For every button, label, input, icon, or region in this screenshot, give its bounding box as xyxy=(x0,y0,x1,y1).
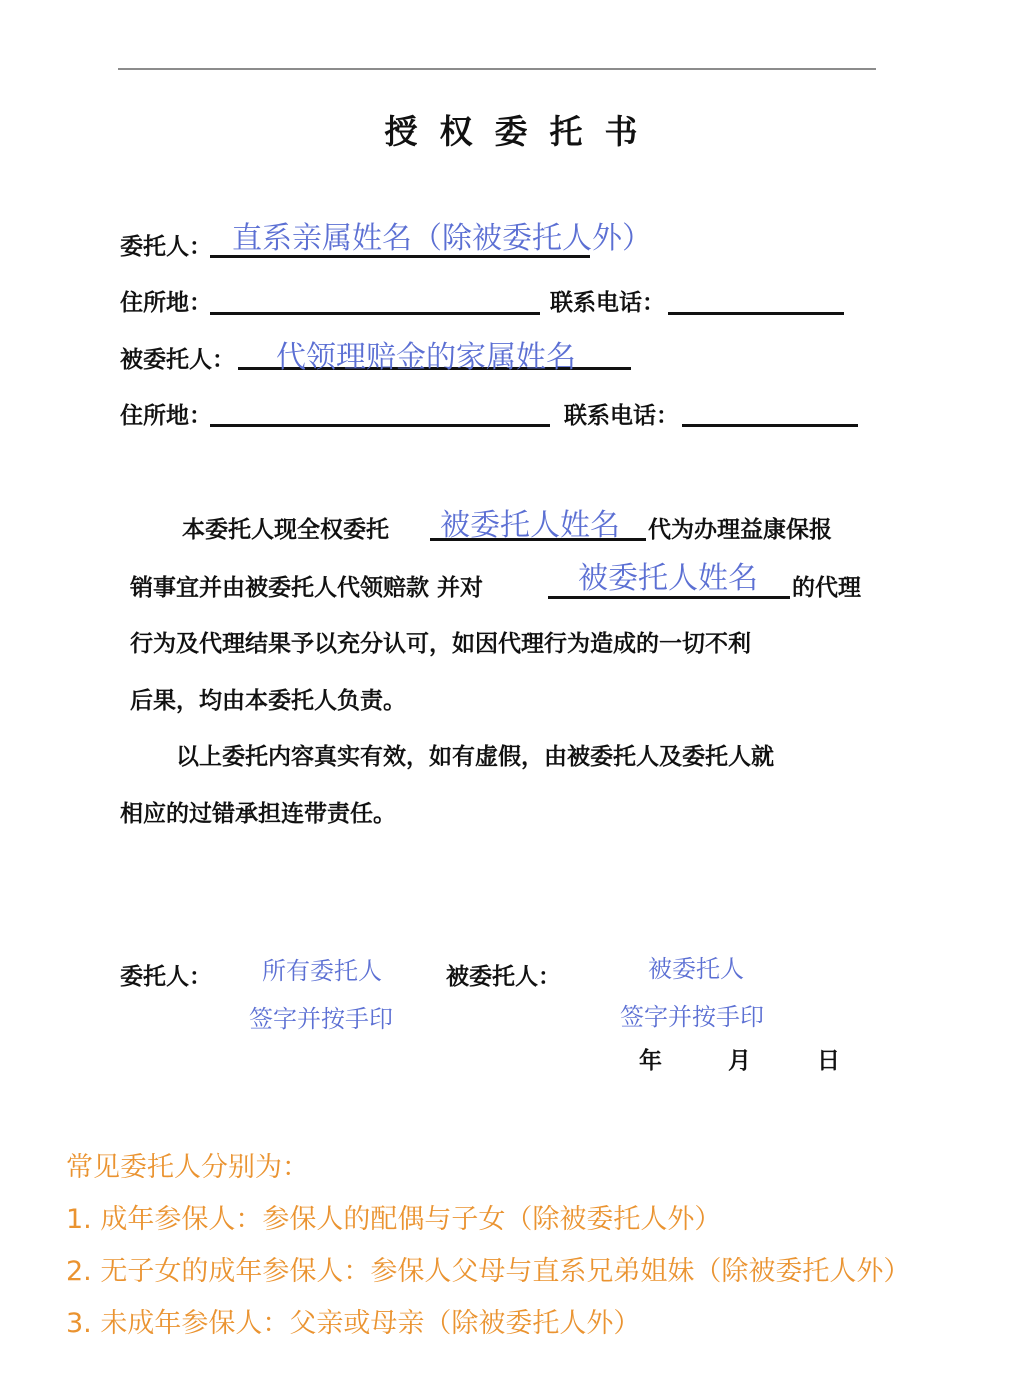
notes-item: 1. 成年参保人：参保人的配偶与子女（除被委托人外） xyxy=(66,1197,721,1236)
body-blank1-field[interactable]: 被委托人姓名 xyxy=(440,500,620,544)
body-line4: 后果，均由本委托人负责。 xyxy=(130,682,406,715)
body-line2-post: 的代理 xyxy=(792,569,861,602)
principal-name-field[interactable]: 直系亲属姓名（除被委托人外） xyxy=(232,213,652,257)
signature-agent-note-2[interactable]: 签字并按手印 xyxy=(620,997,764,1032)
agent-phone-label: 联系电话： xyxy=(564,397,679,430)
principal-address-field[interactable] xyxy=(210,312,540,315)
signature-principal-label: 委托人： xyxy=(120,958,212,991)
body-line3: 行为及代理结果予以充分认可，如因代理行为造成的一切不利 xyxy=(130,625,751,658)
body-line5: 以上委托内容真实有效，如有虚假，由被委托人及委托人就 xyxy=(176,738,774,771)
signature-agent-note-1[interactable]: 被委托人 xyxy=(648,949,744,984)
agent-label: 被委托人： xyxy=(120,341,235,374)
body-blank2-field[interactable]: 被委托人姓名 xyxy=(578,553,758,597)
principal-label: 委托人： xyxy=(120,228,212,261)
signature-principal-note-2[interactable]: 签字并按手印 xyxy=(249,999,393,1034)
signature-principal-note-1[interactable]: 所有委托人 xyxy=(262,951,382,986)
agent-address-field[interactable] xyxy=(210,424,550,427)
signature-agent-label: 被委托人： xyxy=(446,958,561,991)
body-line1-post: 代为办理益康保报 xyxy=(648,511,832,544)
notes-item: 2. 无子女的成年参保人：参保人父母与直系兄弟姐妹（除被委托人外） xyxy=(66,1249,910,1288)
body-line6: 相应的过错承担连带责任。 xyxy=(120,795,396,828)
date-day-label: 日 xyxy=(817,1042,840,1075)
notes-heading: 常见委托人分别为： xyxy=(66,1145,309,1184)
date-month-label: 月 xyxy=(728,1042,751,1075)
agent-name-field[interactable]: 代领理赔金的家属姓名 xyxy=(276,332,576,376)
principal-address-label: 住所地： xyxy=(120,284,212,317)
principal-phone-field[interactable] xyxy=(668,312,844,315)
agent-address-label: 住所地： xyxy=(120,397,212,430)
notes-item: 3. 未成年参保人：父亲或母亲（除被委托人外） xyxy=(66,1301,640,1340)
header-rule xyxy=(118,68,876,70)
body-line2-pre: 销事宜并由被委托人代领赔款 并对 xyxy=(130,569,483,602)
principal-phone-label: 联系电话： xyxy=(550,284,665,317)
document-title: 授权委托书 xyxy=(0,106,1022,153)
body-line1-pre: 本委托人现全权委托 xyxy=(182,511,389,544)
agent-phone-field[interactable] xyxy=(682,424,858,427)
date-year-label: 年 xyxy=(639,1042,662,1075)
